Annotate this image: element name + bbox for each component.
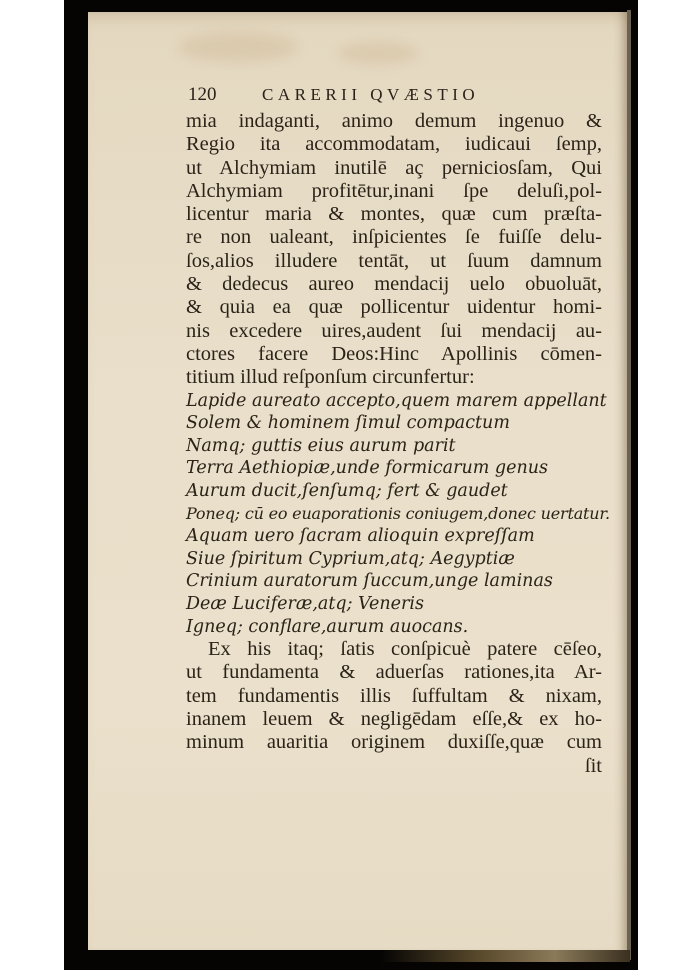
text-line: re non ualeant, inſpicientes ſe fuiſſe d… xyxy=(186,226,602,249)
catchword: ſit xyxy=(186,755,602,778)
text-block: mia indaganti, animo demum ingenuo & Reg… xyxy=(186,110,602,778)
page-bottom-edge xyxy=(380,950,630,962)
paper-stain xyxy=(178,32,298,62)
text-line: Ex his itaq; ſatis conſpicuè patere cēſe… xyxy=(186,638,602,661)
verse-line: Poneq; cū eo euaporationis coniugem,done… xyxy=(186,503,602,526)
text-line: ut fundamenta & aduerſas rationes,ita Ar… xyxy=(186,661,602,684)
text-line: tem fundamentis illis ſuffultam & nixam, xyxy=(186,685,602,708)
text-line: & dedecus aureo mendacij uelo obuoluāt, xyxy=(186,273,602,296)
running-head: 120 CARERII QVÆSTIO xyxy=(188,84,598,106)
paragraph-2: Ex his itaq; ſatis conſpicuè patere cēſe… xyxy=(186,638,602,778)
page-edge xyxy=(627,10,631,960)
text-line: ſos,alios illudere tentāt, ut ſuum damnu… xyxy=(186,250,602,273)
verse-line: Terra Aethiopiæ,unde formicarum genus xyxy=(186,457,602,480)
verse-line: Solem & hominem ſimul compactum xyxy=(186,412,602,435)
verse-line: Igneq; conflare,aurum auocans. xyxy=(186,616,602,639)
text-line: ut Alchymiam inutilē aç perniciosſam, Qu… xyxy=(186,157,602,180)
verse-line: Crinium auratorum ſuccum,unge laminas xyxy=(186,570,602,593)
text-line: Alchymiam profitētur,inani ſpe deluſi,po… xyxy=(186,180,602,203)
verse-line: Aquam uero ſacram alioquin expreſſam xyxy=(186,525,602,548)
text-line: & quia ea quæ pollicentur uidentur homi- xyxy=(186,296,602,319)
text-line: Regio ita accommodatam, iudicaui ſemp, xyxy=(186,133,602,156)
text-line: nis excedere uires,audent ſui mendacij a… xyxy=(186,320,602,343)
paragraph-1: mia indaganti, animo demum ingenuo & Reg… xyxy=(186,110,602,390)
verse-line: Siue ſpiritum Cyprium,atq; Aegyptiæ xyxy=(186,548,602,571)
text-line: inanem leuem & negligēdam eſſe,& ex ho- xyxy=(186,708,602,731)
text-line: minum auaritia originem duxiſſe,quæ cum xyxy=(186,731,602,754)
text-line: licentur maria & montes, quæ cum præſta- xyxy=(186,203,602,226)
verse-line: Deæ Luciferæ,atq; Veneris xyxy=(186,593,602,616)
paper-stain xyxy=(338,42,418,64)
verse-line: Namq; guttis eius aurum parit xyxy=(186,435,602,458)
text-line: titium illud reſponſum circunfertur: xyxy=(186,366,602,389)
text-line: ctores facere Deos:Hinc Apollinis cōmen- xyxy=(186,343,602,366)
page-number: 120 xyxy=(188,84,217,106)
text-line: mia indaganti, animo demum ingenuo & xyxy=(186,110,602,133)
verse-line: Lapide aureato accepto,quem marem appell… xyxy=(186,390,602,413)
verse-oracle: Lapide aureato accepto,quem marem appell… xyxy=(186,390,602,639)
verse-line: Aurum ducit,ſenſumq; fert & gaudet xyxy=(186,480,602,503)
running-title: CARERII QVÆSTIO xyxy=(262,85,479,105)
